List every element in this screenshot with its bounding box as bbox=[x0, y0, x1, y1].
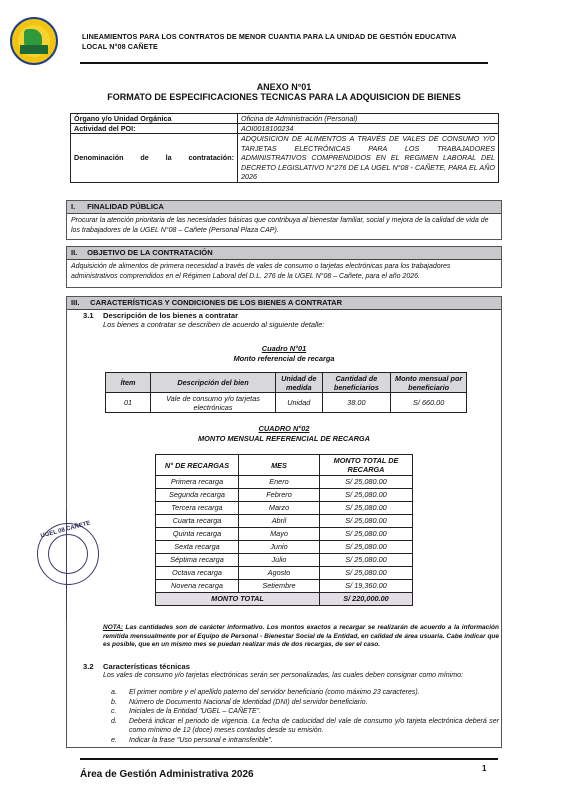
table-cell: S/ 25,080.00 bbox=[320, 567, 413, 580]
table-row: Denominación de la contratación: ADQUISI… bbox=[71, 134, 499, 183]
table-cell: Vale de consumo y/o tarjetas electrónica… bbox=[151, 393, 276, 413]
subsection-number: 3.2 bbox=[83, 662, 103, 671]
section-header: II. OBJETIVO DE LA CONTRATACIÓN bbox=[67, 247, 501, 260]
table-row: Sexta recargaJunioS/ 25,080.00 bbox=[156, 541, 413, 554]
table-cell: S/ 25,080.00 bbox=[320, 528, 413, 541]
section-objetivo: II. OBJETIVO DE LA CONTRATACIÓN Adquisic… bbox=[66, 246, 502, 288]
table-cell: S/ 25,080.00 bbox=[320, 476, 413, 489]
requirements-list: a.El primer nombre y el apellido paterno… bbox=[103, 688, 499, 746]
section-title: OBJETIVO DE LA CONTRATACIÓN bbox=[87, 248, 213, 257]
table-row: Quinta recargaMayoS/ 25,080.00 bbox=[156, 528, 413, 541]
table-cell: Cuarta recarga bbox=[156, 515, 239, 528]
table-cell: Sexta recarga bbox=[156, 541, 239, 554]
list-item: e.Indicar la frase "Uso personal e intra… bbox=[103, 736, 499, 746]
cuadro2-table: N° DE RECARGAS MES MONTO TOTAL DE RECARG… bbox=[155, 454, 413, 606]
table-cell: Novena recarga bbox=[156, 580, 239, 593]
table-row: Octava recargaAgostoS/ 25,080.00 bbox=[156, 567, 413, 580]
table-cell: Tercera recarga bbox=[156, 502, 239, 515]
nota-paragraph: NOTA: Las cantidades son de carácter inf… bbox=[103, 624, 499, 650]
footer-divider bbox=[80, 758, 498, 760]
cuadro1-subtitle: Monto referencial de recarga bbox=[66, 354, 502, 364]
table-cell: S/ 25,080.00 bbox=[320, 541, 413, 554]
column-header: N° DE RECARGAS bbox=[156, 455, 239, 476]
info-table: Órgano y/o Unidad Orgánica Oficina de Ad… bbox=[70, 113, 499, 183]
section-header: I. FINALIDAD PÚBLICA bbox=[67, 201, 501, 214]
ugel-stamp-icon: UGEL 08 CAÑETE bbox=[37, 523, 99, 585]
subsection-title: Características técnicas bbox=[103, 662, 190, 671]
table-cell: S/ 25,080.00 bbox=[320, 554, 413, 567]
cuadro2-subtitle: MONTO MENSUAL REFERENCIAL DE RECARGA bbox=[66, 434, 502, 444]
info-label: Órgano y/o Unidad Orgánica bbox=[71, 114, 238, 124]
section-body: Adquisición de alimentos de primera nece… bbox=[67, 260, 501, 284]
table-row: Segunda recargaFebreroS/ 25,080.00 bbox=[156, 489, 413, 502]
list-text: El primer nombre y el apellido paterno d… bbox=[129, 688, 499, 698]
table-cell: S/ 25,080.00 bbox=[320, 515, 413, 528]
total-row: MONTO TOTALS/ 220,000.00 bbox=[156, 593, 413, 606]
table-cell: S/ 25,080.00 bbox=[320, 502, 413, 515]
subsection-3-1: 3.1Descripción de los bienes a contratar… bbox=[83, 311, 324, 329]
table-row: Séptima recargaJulioS/ 25,080.00 bbox=[156, 554, 413, 567]
table-row: Primera recargaEneroS/ 25,080.00 bbox=[156, 476, 413, 489]
table-row: Actividad del POI: AOI0018100234 bbox=[71, 124, 499, 134]
list-text: Número de Documento Nacional de Identida… bbox=[129, 698, 499, 708]
table-cell: S/ 19,360.00 bbox=[320, 580, 413, 593]
list-text: Indicar la frase "Uso personal e intrans… bbox=[129, 736, 499, 746]
table-row: Cuarta recargaAbrilS/ 25,080.00 bbox=[156, 515, 413, 528]
list-text: Deberá indicar el periodo de vigencia. L… bbox=[129, 717, 499, 736]
ugel-logo-icon bbox=[10, 17, 58, 65]
table-cell: Séptima recarga bbox=[156, 554, 239, 567]
info-value: AOI0018100234 bbox=[238, 124, 499, 134]
table-cell: S/ 25,080.00 bbox=[320, 489, 413, 502]
table-cell: Enero bbox=[239, 476, 320, 489]
section-number: III. bbox=[71, 297, 88, 309]
section-number: I. bbox=[71, 201, 85, 213]
table-cell: Febrero bbox=[239, 489, 320, 502]
footer-text: Área de Gestión Administrativa 2026 bbox=[80, 769, 254, 780]
column-header: MES bbox=[239, 455, 320, 476]
info-value: Oficina de Administración (Personal) bbox=[238, 114, 499, 124]
table-row: Tercera recargaMarzoS/ 25,080.00 bbox=[156, 502, 413, 515]
column-header: Monto mensual por beneficiario bbox=[391, 373, 467, 393]
table-cell: Segunda recarga bbox=[156, 489, 239, 502]
list-marker: d. bbox=[103, 717, 129, 736]
section-body: Procurar la atención prioritaria de las … bbox=[67, 214, 501, 238]
table-cell: Mayo bbox=[239, 528, 320, 541]
list-text: Iniciales de la Entidad "UGEL – CAÑETE". bbox=[129, 707, 499, 717]
table-cell: 38.00 bbox=[322, 393, 391, 413]
table-header-row: Ítem Descripción del bien Unidad de medi… bbox=[106, 373, 467, 393]
table-cell: Primera recarga bbox=[156, 476, 239, 489]
column-header: Descripción del bien bbox=[151, 373, 276, 393]
info-value: ADQUISICION DE ALIMENTOS A TRAVÉS DE VAL… bbox=[238, 134, 499, 183]
subsection-3-2: 3.2Características técnicas Los vales de… bbox=[83, 662, 499, 681]
page-number: 1 bbox=[482, 764, 486, 773]
nota-text: Las cantidades son de carácter informati… bbox=[103, 624, 499, 648]
list-item: b.Número de Documento Nacional de Identi… bbox=[103, 698, 499, 708]
header-divider bbox=[80, 62, 488, 64]
column-header: Ítem bbox=[106, 373, 151, 393]
nota-label: NOTA: bbox=[103, 624, 123, 631]
subsection-text: Los vales de consumo y/o tarjetas electr… bbox=[83, 671, 499, 681]
column-header: Unidad de medida bbox=[276, 373, 323, 393]
subsection-title: Descripción de los bienes a contratar bbox=[103, 311, 238, 320]
list-marker: a. bbox=[103, 688, 129, 698]
cuadro2-title: CUADRO N°02 bbox=[66, 424, 502, 434]
table-cell: Octava recarga bbox=[156, 567, 239, 580]
table-header-row: N° DE RECARGAS MES MONTO TOTAL DE RECARG… bbox=[156, 455, 413, 476]
table-cell: Marzo bbox=[239, 502, 320, 515]
list-item: d.Deberá indicar el periodo de vigencia.… bbox=[103, 717, 499, 736]
table-row: 01 Vale de consumo y/o tarjetas electrón… bbox=[106, 393, 467, 413]
info-label: Denominación de la contratación: bbox=[71, 134, 238, 183]
stamp-ring bbox=[48, 534, 88, 574]
label-part: Denominación bbox=[74, 153, 124, 162]
section-title: CARACTERÍSTICAS Y CONDICIONES DE LOS BIE… bbox=[90, 298, 342, 307]
column-header: MONTO TOTAL DE RECARGA bbox=[320, 455, 413, 476]
table-row: Novena recargaSetiembreS/ 19,360.00 bbox=[156, 580, 413, 593]
column-header: Cantidad de beneficiarios bbox=[322, 373, 391, 393]
cuadro1-table: Ítem Descripción del bien Unidad de medi… bbox=[105, 372, 467, 413]
total-value: S/ 220,000.00 bbox=[320, 593, 413, 606]
section-header: III. CARACTERÍSTICAS Y CONDICIONES DE LO… bbox=[67, 297, 501, 310]
table-cell: Junio bbox=[239, 541, 320, 554]
table-cell: Agosto bbox=[239, 567, 320, 580]
cuadro1-heading: Cuadro N°01 Monto referencial de recarga bbox=[66, 344, 502, 363]
cuadro1-title: Cuadro N°01 bbox=[66, 344, 502, 354]
header-line-1: LINEAMIENTOS PARA LOS CONTRATOS DE MENOR… bbox=[82, 32, 457, 42]
section-number: II. bbox=[71, 247, 85, 259]
annex-subtitle: FORMATO DE ESPECIFICACIONES TECNICAS PAR… bbox=[0, 92, 568, 103]
table-cell: 01 bbox=[106, 393, 151, 413]
table-cell: Quinta recarga bbox=[156, 528, 239, 541]
cuadro2-heading: CUADRO N°02 MONTO MENSUAL REFERENCIAL DE… bbox=[66, 424, 502, 443]
table-cell: Setiembre bbox=[239, 580, 320, 593]
logo-building bbox=[20, 45, 48, 54]
subsection-text: Los bienes a contratar se describen de a… bbox=[83, 320, 324, 329]
list-item: c.Iniciales de la Entidad "UGEL – CAÑETE… bbox=[103, 707, 499, 717]
document-header: LINEAMIENTOS PARA LOS CONTRATOS DE MENOR… bbox=[82, 32, 457, 52]
section-finalidad: I. FINALIDAD PÚBLICA Procurar la atenció… bbox=[66, 200, 502, 240]
table-cell: Unidad bbox=[276, 393, 323, 413]
info-label: Actividad del POI: bbox=[71, 124, 238, 134]
list-item: a.El primer nombre y el apellido paterno… bbox=[103, 688, 499, 698]
label-part: contratación: bbox=[188, 153, 234, 162]
list-marker: e. bbox=[103, 736, 129, 746]
table-cell: Julio bbox=[239, 554, 320, 567]
label-part: la bbox=[166, 153, 172, 162]
table-row: Órgano y/o Unidad Orgánica Oficina de Ad… bbox=[71, 114, 499, 124]
list-marker: c. bbox=[103, 707, 129, 717]
label-part: de bbox=[140, 153, 148, 162]
header-line-2: LOCAL N°08 CAÑETE bbox=[82, 42, 457, 52]
list-marker: b. bbox=[103, 698, 129, 708]
table-cell: S/ 660.00 bbox=[391, 393, 467, 413]
section-title: FINALIDAD PÚBLICA bbox=[87, 202, 164, 211]
total-label: MONTO TOTAL bbox=[156, 593, 320, 606]
subsection-number: 3.1 bbox=[83, 311, 103, 320]
table-cell: Abril bbox=[239, 515, 320, 528]
